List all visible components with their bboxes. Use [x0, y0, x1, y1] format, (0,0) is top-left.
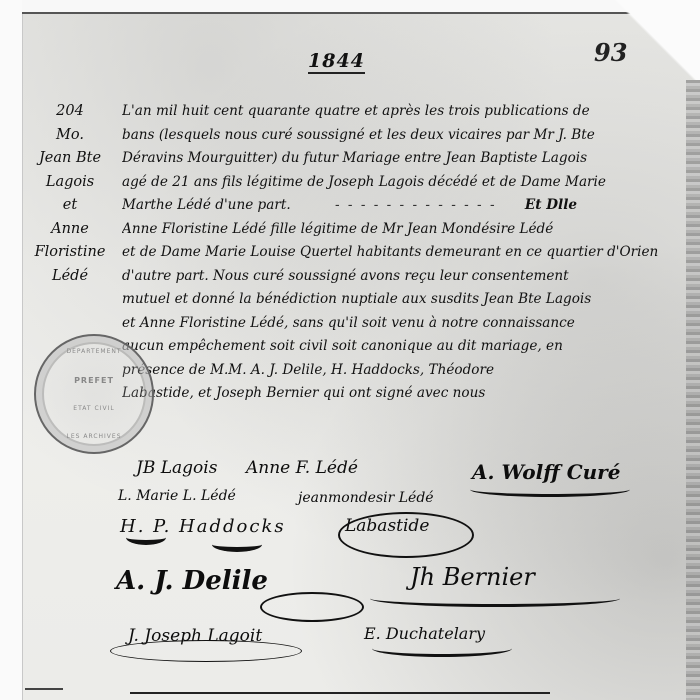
signature-mother: L. Marie L. Lédé	[118, 488, 236, 504]
signature-bride: Anne F. Lédé	[246, 458, 358, 478]
stamp-lower-text: ETAT CIVIL	[73, 405, 114, 412]
duchatelard-underline	[372, 640, 512, 657]
margin-name-line: Anne	[30, 218, 110, 242]
margin-name-line: et	[30, 194, 110, 218]
margin-name-line: Lédé	[30, 265, 110, 289]
body-line: L'an mil huit cent quarante quatre et ap…	[122, 100, 694, 124]
body-line: Labastide, et Joseph Bernier qui ont sig…	[122, 382, 694, 406]
bottom-left-rule	[25, 688, 63, 690]
page-top-edge	[22, 0, 652, 14]
body-line: et Anne Floristine Lédé, sans qu'il soit…	[122, 312, 694, 336]
stamp-middle-text: PREFET	[74, 376, 114, 385]
dash-filler: - - - - - - - - - - - - -	[335, 197, 497, 213]
entry-type: Mo.	[30, 124, 110, 148]
body-line: agé de 21 ans fils légitime de Joseph La…	[122, 171, 694, 195]
bernier-underline	[370, 590, 620, 607]
margin-name-line: Lagois	[30, 171, 110, 195]
haddocks-flourish	[126, 530, 166, 545]
stamp-bottom-text: LES ARCHIVES	[67, 433, 122, 440]
body-line: d'autre part. Nous curé soussigné avons …	[122, 265, 694, 289]
signature-priest: A. Wolff Curé	[472, 460, 620, 484]
joseph-flourish	[110, 640, 302, 662]
page-number: 93	[594, 38, 627, 67]
labastide-loop	[338, 512, 474, 558]
margin-name-line: Floristine	[30, 241, 110, 265]
signature-groom: JB Lagois	[136, 458, 217, 478]
stamp-top-text: DEPARTEMENT	[66, 348, 121, 355]
haddocks-flourish-2	[212, 537, 262, 552]
margin-name-line: Jean Bte	[30, 147, 110, 171]
body-line: mutuel et donné la bénédiction nuptiale …	[122, 288, 694, 312]
body-line: présence de M.M. A. J. Delile, H. Haddoc…	[122, 359, 694, 383]
body-line: Déravins Mourguitter) du futur Mariage e…	[122, 147, 694, 171]
page-left-edge	[0, 0, 23, 700]
delile-flourish	[260, 592, 364, 622]
body-line: et de Dame Marie Louise Quertel habitant…	[122, 241, 694, 265]
body-line: Marthe Lédé d'une part. - - - - - - - - …	[122, 194, 694, 218]
bottom-rule	[130, 692, 550, 694]
body-line-end: Et Dlle	[525, 197, 577, 213]
body-line-text: Marthe Lédé d'une part.	[122, 197, 291, 213]
priest-underline-flourish	[470, 482, 630, 497]
year-header: 1844	[308, 50, 365, 74]
signature-father: jeanmondesir Lédé	[298, 490, 434, 506]
body-line: Anne Floristine Lédé fille légitime de M…	[122, 218, 694, 242]
record-body: L'an mil huit cent quarante quatre et ap…	[122, 100, 694, 406]
official-seal-stamp: DEPARTEMENT PREFET ETAT CIVIL LES ARCHIV…	[34, 334, 154, 454]
scanned-register-page: 1844 93 204 Mo. Jean Bte Lagois et Anne …	[0, 0, 700, 700]
margin-annotation: 204 Mo. Jean Bte Lagois et Anne Floristi…	[30, 100, 110, 288]
signature-witness-bernier: Jh Bernier	[410, 563, 535, 591]
body-line: bans (lesquels nous curé soussigné et le…	[122, 124, 694, 148]
body-line: aucun empêchement soit civil soit canoni…	[122, 335, 694, 359]
entry-number: 204	[30, 100, 110, 124]
signature-witness-delile: A. J. Delile	[116, 566, 268, 596]
